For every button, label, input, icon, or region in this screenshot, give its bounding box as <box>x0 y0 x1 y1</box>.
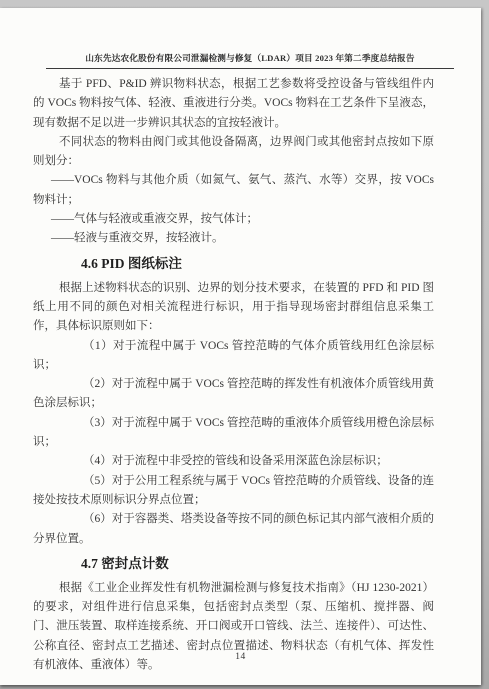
dash-item-light-heavy-interface: ——轻液与重液交界，按轻液计。 <box>33 229 434 248</box>
scan-background: 山东先达农化股份有限公司泄漏检测与修复（LDAR）项目 2023 年第二季度总结… <box>0 0 489 689</box>
page-body: 基于 PFD、P&ID 辨识物料状态，根据工艺参数将受控设备与管线组件内的 VO… <box>33 75 434 675</box>
section-heading-4-6: 4.6 PID 图纸标注 <box>81 255 434 273</box>
numbered-item-1-red-coating: （1）对于流程中属于 VOCs 管控范畴的气体介质管线用红色涂层标识； <box>33 337 434 376</box>
paragraph-material-classification: 基于 PFD、P&ID 辨识物料状态，根据工艺参数将受控设备与管线组件内的 VO… <box>33 75 434 133</box>
page-header: 山东先达农化股份有限公司泄漏检测与修复（LDAR）项目 2023 年第二季度总结… <box>46 52 454 69</box>
page-number: 14 <box>0 652 481 662</box>
numbered-item-3-orange-coating: （3）对于流程中属于 VOCs 管控范畴的重液体介质管线用橙色涂层标识； <box>33 414 434 453</box>
document-page: 山东先达农化股份有限公司泄漏检测与修复（LDAR）项目 2023 年第二季度总结… <box>0 8 481 685</box>
section-4-6-intro: 根据上述物料状态的识别、边界的划分技术要求，在装置的 PFD 和 PID 图纸上… <box>33 279 434 337</box>
dash-item-gas-liquid-interface: ——气体与轻液或重液交界，按气体计； <box>33 210 434 229</box>
header-title: 山东先达农化股份有限公司泄漏检测与修复（LDAR）项目 2023 年第二季度总结… <box>85 53 414 63</box>
numbered-item-6-vessel-marking: （6）对于容器类、塔类设备等按不同的颜色标记其内部气液相介质的分界位置。 <box>33 510 434 549</box>
numbered-item-4-dark-blue-coating: （4）对于流程中非受控的管线和设备采用深蓝色涂层标识； <box>33 452 434 471</box>
dash-item-vocs-interface: ——VOCs 物料与其他介质（如氮气、氨气、蒸汽、水等）交界，按 VOCs 物料… <box>33 171 434 210</box>
paragraph-boundary-principles: 不同状态的物料由阀门或其他设备隔离，边界阀门或其他密封点按如下原则划分： <box>33 133 434 172</box>
numbered-item-5-utility-boundary: （5）对于公用工程系统与属于 VOCs 管控范畴的介质管线、设备的连接处按技术原… <box>33 472 434 511</box>
section-heading-4-7: 4.7 密封点计数 <box>81 555 434 573</box>
numbered-item-2-yellow-coating: （2）对于流程中属于 VOCs 管控范畴的挥发性有机液体介质管线用黄色涂层标识； <box>33 375 434 414</box>
